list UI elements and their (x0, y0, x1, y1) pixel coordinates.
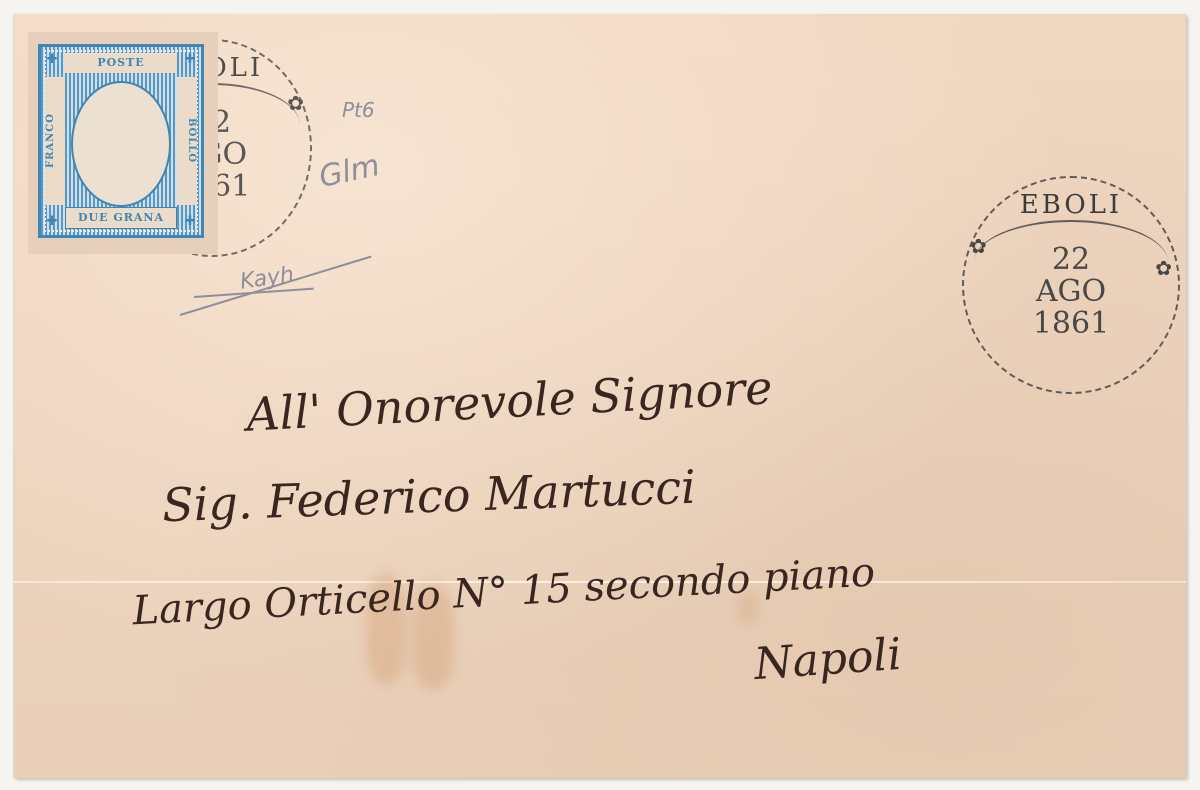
pencil-signature: Glm (316, 148, 383, 195)
postage-stamp: POSTE FRANCO BOLLO DUE GRANA ✚ ✚ ✚ ✚ (28, 32, 218, 254)
postmark-month: AGO (962, 274, 1180, 309)
stamp-portrait (71, 81, 171, 207)
stamp-top-label: POSTE (65, 53, 177, 73)
address-line-2: Sig. Federico Martucci (161, 460, 696, 533)
postmark-year: 1861 (962, 306, 1180, 341)
address-line-3: Largo Orticello N° 15 secondo piano (131, 550, 876, 635)
cross-icon: ✚ (183, 215, 197, 229)
stamp-frame: POSTE FRANCO BOLLO DUE GRANA ✚ ✚ ✚ ✚ (38, 44, 204, 238)
stamp-left-label: FRANCO (45, 77, 65, 205)
postmark-day: 22 (962, 242, 1180, 277)
cross-icon: ✚ (45, 53, 59, 67)
postmark-right: EBOLI ✿ ✿ 22 AGO 1861 (962, 176, 1180, 394)
address-line-1: All' Onorevole Signore (245, 360, 774, 441)
cross-icon: ✚ (45, 215, 59, 229)
address-line-4: Napoli (752, 629, 903, 690)
stamp-value-label: DUE GRANA (65, 207, 177, 229)
postmark-town: EBOLI (962, 190, 1180, 220)
pencil-reference: Pt6 (342, 98, 375, 122)
stamp-right-label: BOLLO (177, 77, 197, 205)
envelope: EBOLI ✿ ✿ 22 AGO 1861 POSTE FRANCO BOLLO… (14, 14, 1186, 778)
cross-icon: ✚ (183, 53, 197, 67)
